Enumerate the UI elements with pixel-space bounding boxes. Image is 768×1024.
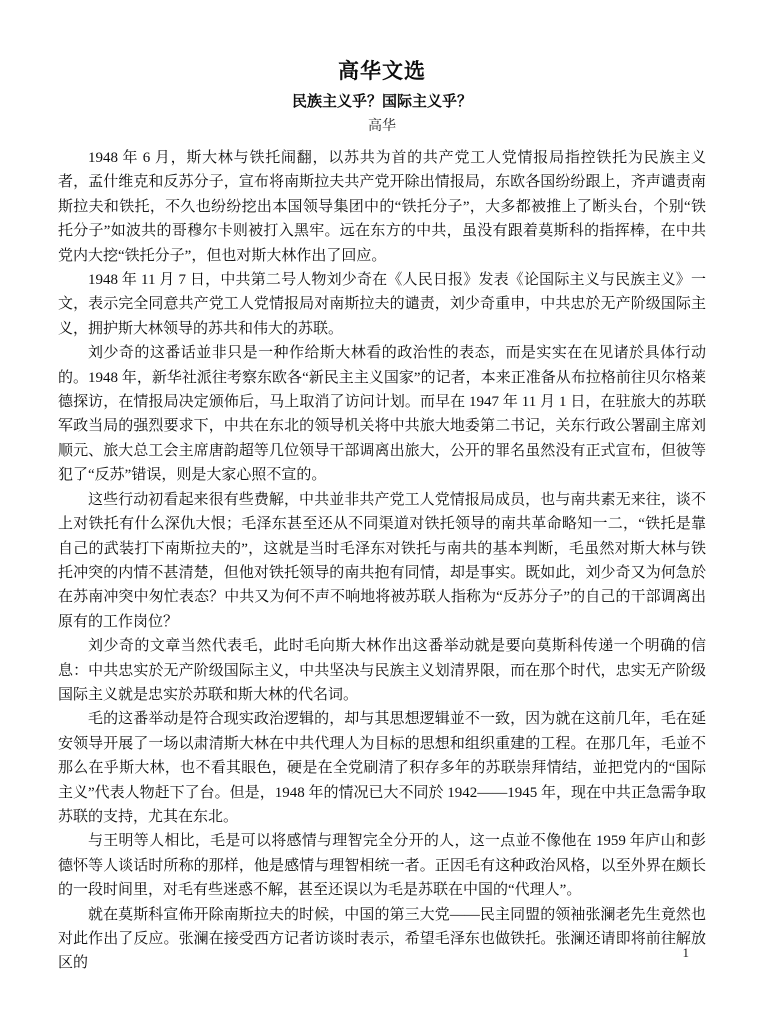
paragraph: 这些行动初看起来很有些费解，中共並非共产党工人党情报局成员，也与南共素无来往，谈… (58, 488, 706, 634)
document-author: 高华 (58, 118, 706, 135)
paragraph: 就在莫斯科宣佈开除南斯拉夫的时候，中国的第三大党——民主同盟的领袖张澜老先生竟然… (58, 903, 706, 976)
document-title: 高华文选 (58, 58, 706, 84)
document-content: 高华文选 民族主义乎？国际主义乎？ 高华 1948 年 6 月，斯大林与铁托闹翻… (58, 58, 706, 976)
paragraph: 刘少奇的这番话並非只是一种作给斯大林看的政治性的表态，而是实实在在见诸於具体行动… (58, 341, 706, 487)
page-number: 1 (683, 945, 690, 961)
document-body: 1948 年 6 月，斯大林与铁托闹翻，以苏共为首的共产党工人党情报局指控铁托为… (58, 146, 706, 976)
paragraph: 1948 年 6 月，斯大林与铁托闹翻，以苏共为首的共产党工人党情报局指控铁托为… (58, 146, 706, 268)
document-page: 高华文选 民族主义乎？国际主义乎？ 高华 1948 年 6 月，斯大林与铁托闹翻… (0, 0, 768, 1024)
document-subtitle: 民族主义乎？国际主义乎？ (58, 93, 706, 111)
paragraph: 与王明等人相比，毛是可以将感情与理智完全分开的人，这一点並不像他在 1959 年… (58, 829, 706, 902)
paragraph: 毛的这番举动是符合现实政治逻辑的，却与其思想逻辑並不一致，因为就在这前几年，毛在… (58, 707, 706, 829)
paragraph: 刘少奇的文章当然代表毛，此时毛向斯大林作出这番举动就是要向莫斯科传递一个明确的信… (58, 634, 706, 707)
paragraph: 1948 年 11 月 7 日，中共第二号人物刘少奇在《人民日报》发表《论国际主… (58, 268, 706, 341)
